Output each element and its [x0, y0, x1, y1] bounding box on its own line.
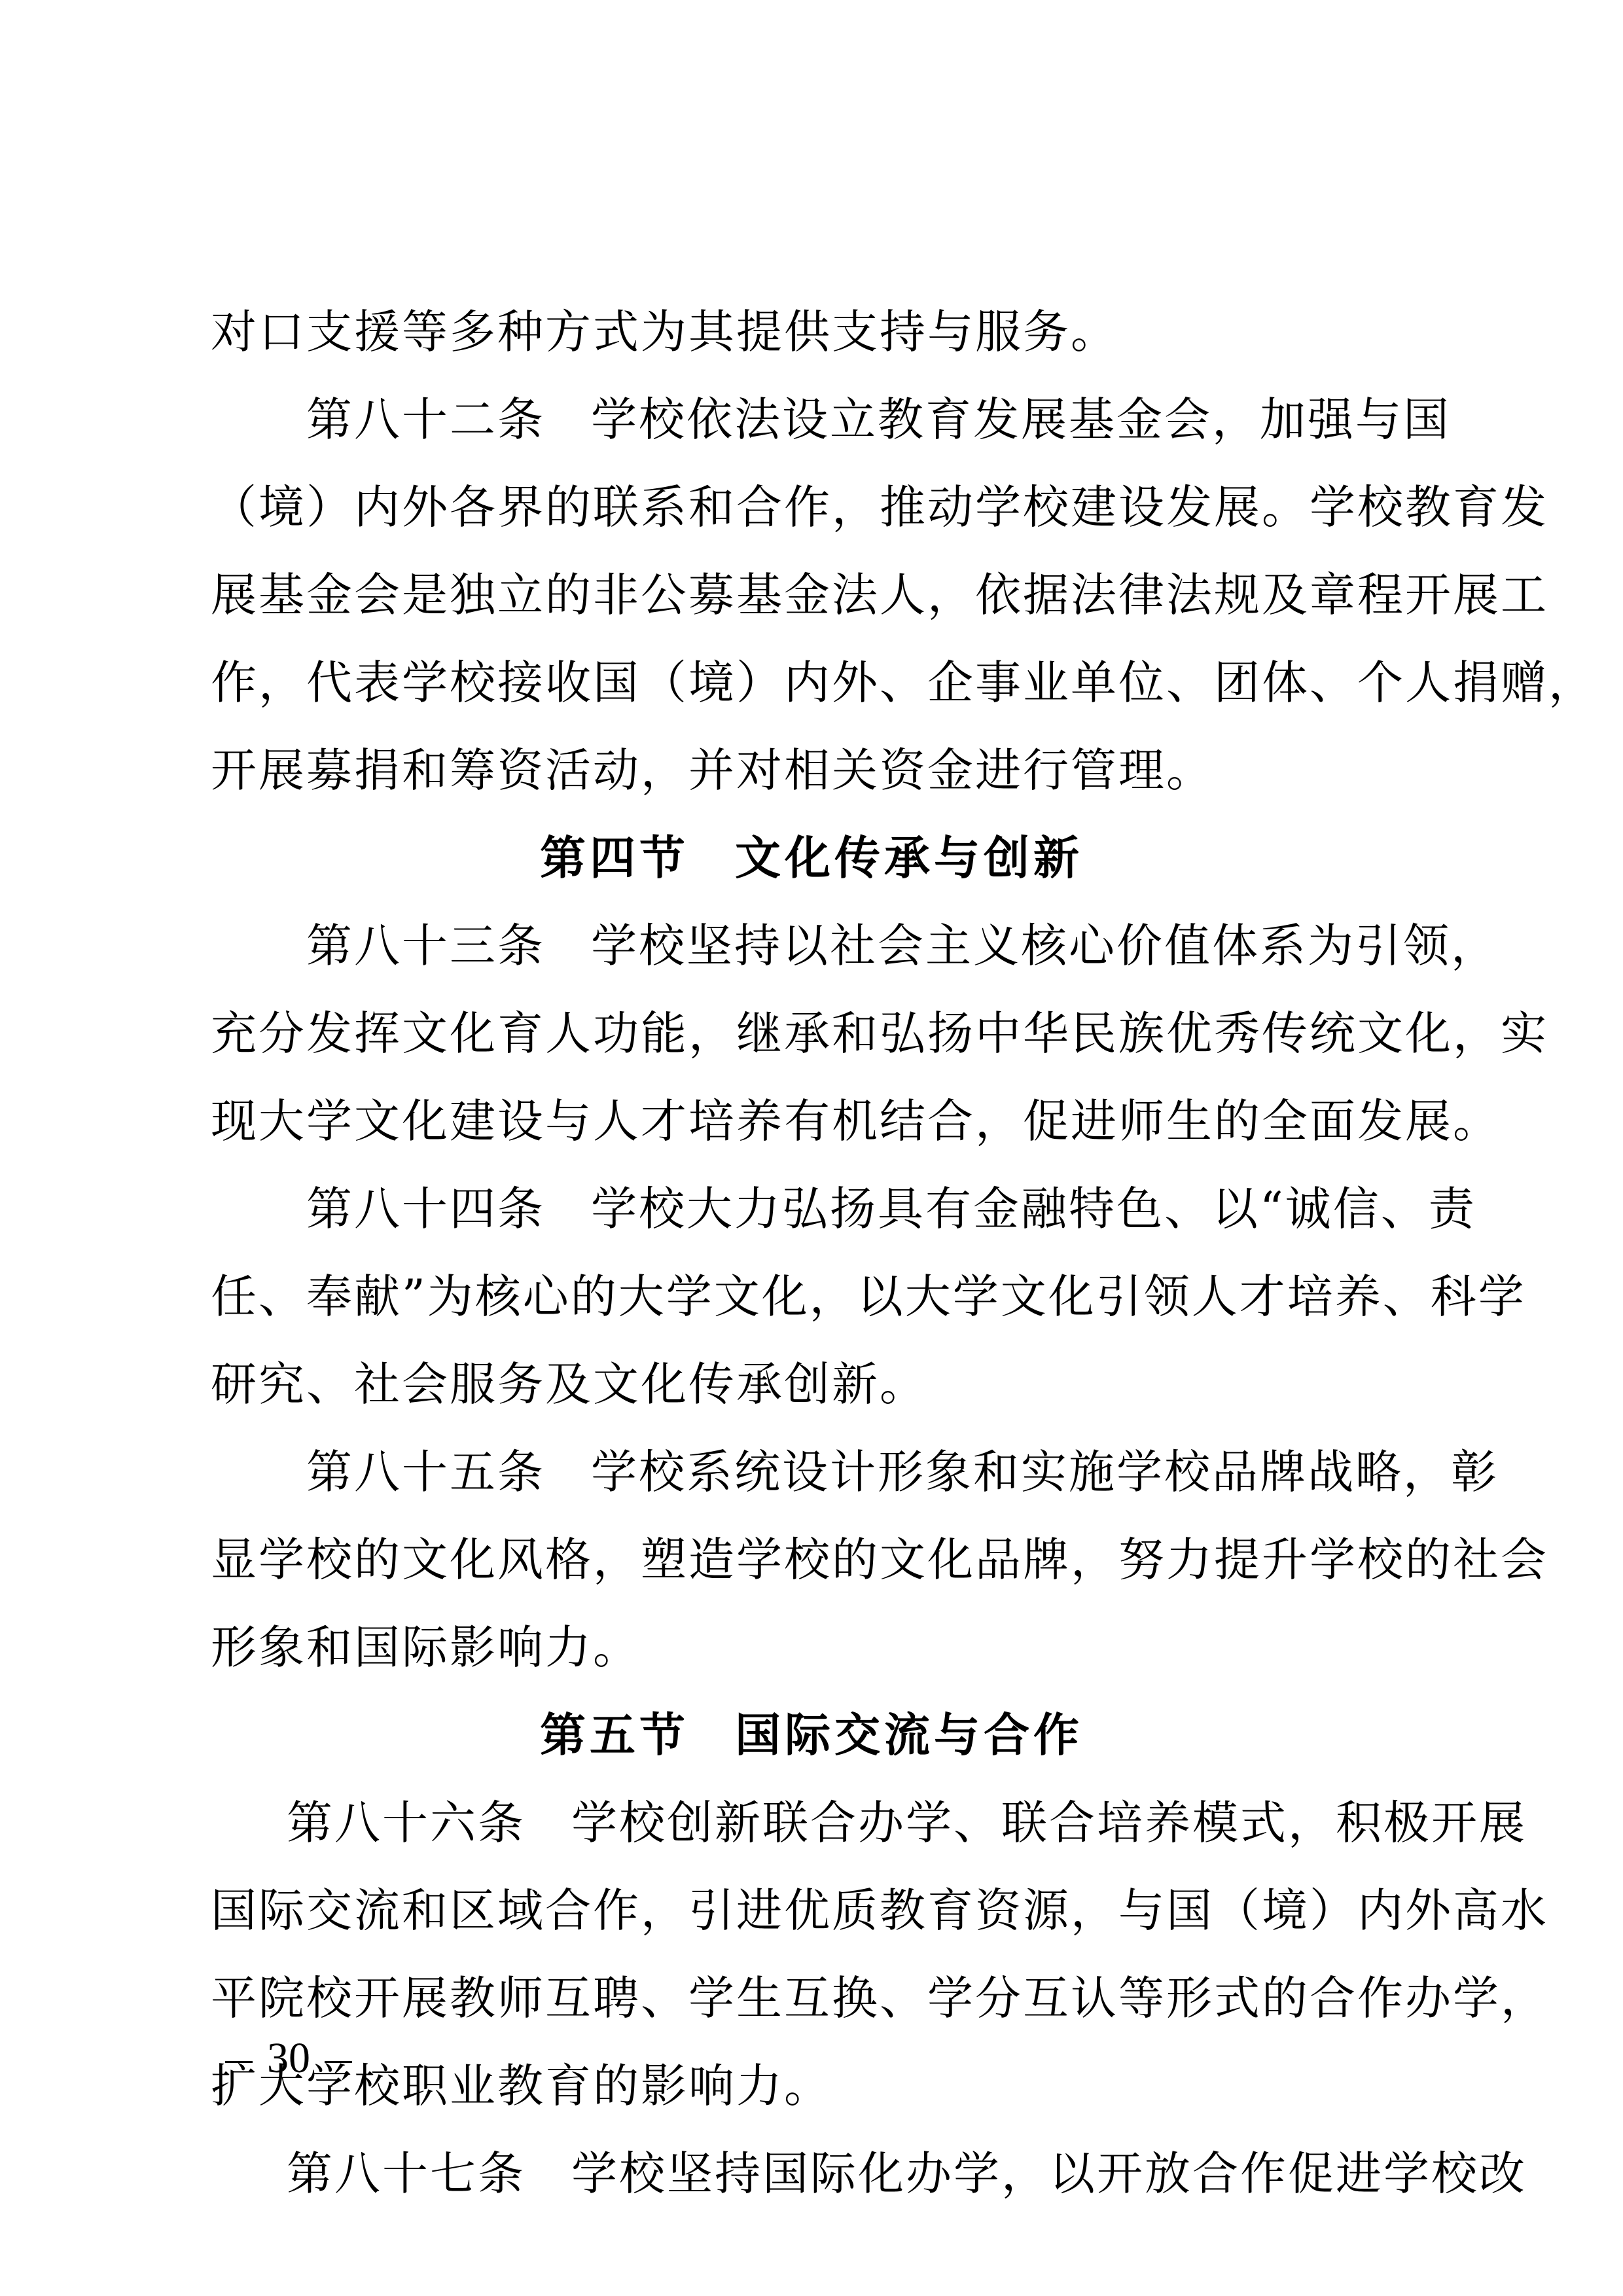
line-text: （境）内外各界的联系和合作，推动学校建设发展。学校教育发 — [211, 480, 1548, 534]
article-number: 第八十四条 — [306, 1182, 545, 1236]
paragraph-line: 形象和国际影响力。 — [211, 1604, 1412, 1691]
line-text: 显学校的文化风格，塑造学校的文化品牌，努力提升学校的社会 — [211, 1533, 1548, 1587]
section-title: 国际交流与合作 — [735, 1708, 1083, 1762]
page-number: 30 — [211, 2029, 366, 2088]
line-text: 展基金会是独立的非公募基金法人，依据法律法规及章程开展工 — [211, 568, 1548, 622]
article-number: 第八十七条 — [287, 2147, 526, 2200]
body-text: 对口支援等多种方式为其提供支持与服务。 第八十二条学校依法设立教育发展基金会，加… — [211, 288, 1412, 2217]
line-text: 平院校开展教师互聘、学生互换、学分互认等形式的合作办学， — [211, 1971, 1548, 2025]
article-number: 第八十六条 — [287, 1796, 526, 1850]
dash-left — [225, 2061, 253, 2063]
line-text: 充分发挥文化育人功能，继承和弘扬中华民族优秀传统文化，实 — [211, 1007, 1548, 1060]
article-number: 第八十五条 — [306, 1445, 545, 1499]
line-text: 研究、社会服务及文化传承创新。 — [211, 1357, 927, 1411]
article-text: 学校大力弘扬具有金融特色、以“诚信、责 — [591, 1182, 1476, 1236]
paragraph-line: 开展募捐和筹资活动，并对相关资金进行管理。 — [211, 726, 1412, 814]
line-text: 现大学文化建设与人才培养有机结合，促进师生的全面发展。 — [211, 1094, 1501, 1148]
paragraph-line: 显学校的文化风格，塑造学校的文化品牌，努力提升学校的社会 — [211, 1516, 1412, 1604]
paragraph-line: 平院校开展教师互聘、学生互换、学分互认等形式的合作办学， — [211, 1954, 1412, 2042]
paragraph-line: （境）内外各界的联系和合作，推动学校建设发展。学校教育发 — [211, 463, 1412, 551]
section-heading-4: 第四节文化传承与创新 — [211, 814, 1412, 902]
section-number: 第五节 — [540, 1708, 689, 1762]
article-text: 学校坚持国际化办学，以开放合作促进学校改 — [571, 2147, 1527, 2200]
article-text: 学校坚持以社会主义核心价值体系为引领， — [591, 919, 1499, 973]
line-text: 开展募捐和筹资活动，并对相关资金进行管理。 — [211, 744, 1214, 797]
paragraph-line: 国际交流和区域合作，引进优质教育资源，与国（境）内外高水 — [211, 1867, 1412, 1954]
article-text: 学校依法设立教育发展基金会，加强与国 — [591, 393, 1451, 446]
article-86: 第八十六条学校创新联合办学、联合培养模式，积极开展 — [211, 1779, 1412, 1867]
line-text: 形象和国际影响力。 — [211, 1621, 641, 1674]
line-text: 作，代表学校接收国（境）内外、企事业单位、团体、个人捐赠， — [211, 656, 1596, 709]
article-83: 第八十三条学校坚持以社会主义核心价值体系为引领， — [211, 902, 1412, 990]
paragraph-line: 现大学文化建设与人才培养有机结合，促进师生的全面发展。 — [211, 1077, 1412, 1165]
paragraph-line: 研究、社会服务及文化传承创新。 — [211, 1340, 1412, 1428]
paragraph-line: 任、奉献”为核心的大学文化，以大学文化引领人才培养、科学 — [211, 1253, 1412, 1340]
article-number: 第八十二条 — [306, 393, 545, 446]
paragraph-line: 对口支援等多种方式为其提供支持与服务。 — [211, 288, 1412, 376]
line-text: 国际交流和区域合作，引进优质教育资源，与国（境）内外高水 — [211, 1884, 1548, 1937]
paragraph-line: 充分发挥文化育人功能，继承和弘扬中华民族优秀传统文化，实 — [211, 990, 1412, 1077]
article-85: 第八十五条学校系统设计形象和实施学校品牌战略，彰 — [211, 1428, 1412, 1516]
article-text: 学校创新联合办学、联合培养模式，积极开展 — [571, 1796, 1527, 1850]
paragraph-line: 扩大学校职业教育的影响力。 — [211, 2042, 1412, 2130]
section-number: 第四节 — [540, 831, 689, 885]
line-text: 任、奉献”为核心的大学文化，以大学文化引领人才培养、科学 — [211, 1270, 1526, 1323]
dash-right — [325, 2061, 352, 2063]
line-text: 对口支援等多种方式为其提供支持与服务。 — [211, 305, 1118, 359]
article-84: 第八十四条学校大力弘扬具有金融特色、以“诚信、责 — [211, 1165, 1412, 1253]
article-82: 第八十二条学校依法设立教育发展基金会，加强与国 — [211, 376, 1412, 463]
article-number: 第八十三条 — [306, 919, 545, 973]
section-heading-5: 第五节国际交流与合作 — [211, 1691, 1412, 1779]
document-page: 对口支援等多种方式为其提供支持与服务。 第八十二条学校依法设立教育发展基金会，加… — [0, 0, 1623, 2296]
paragraph-line: 作，代表学校接收国（境）内外、企事业单位、团体、个人捐赠， — [211, 639, 1412, 726]
page-number-value: 30 — [267, 2034, 310, 2082]
section-title: 文化传承与创新 — [735, 831, 1083, 885]
article-text: 学校系统设计形象和实施学校品牌战略，彰 — [591, 1445, 1499, 1499]
paragraph-line: 展基金会是独立的非公募基金法人，依据法律法规及章程开展工 — [211, 551, 1412, 639]
article-87: 第八十七条学校坚持国际化办学，以开放合作促进学校改 — [211, 2130, 1412, 2217]
